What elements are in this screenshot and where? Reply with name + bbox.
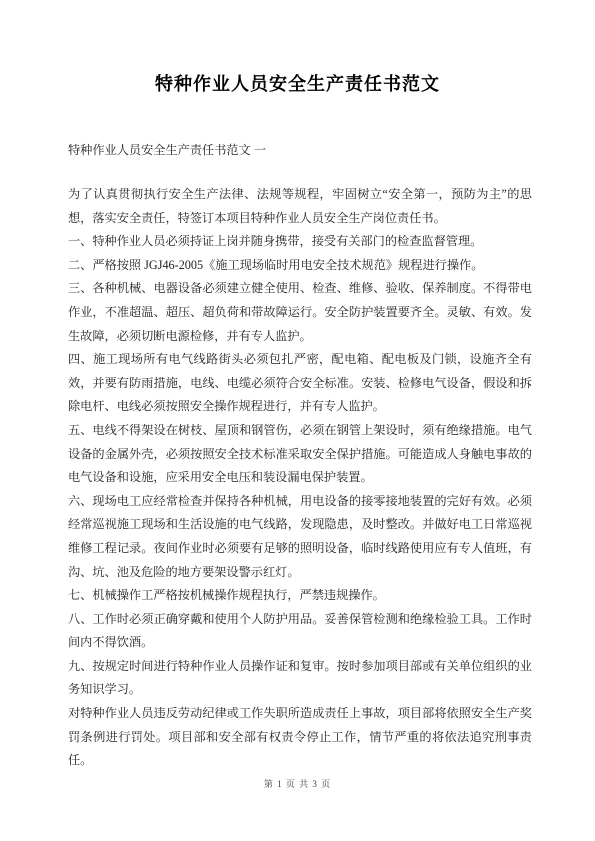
paragraph-item-4: 四、施工现场所有电气线路街头必须包扎严密，配电箱、配电板及门锁，设施齐全有效，并… (68, 348, 532, 419)
paragraph-closing: 对特种作业人员违反劳动纪律或工作失职所造成责任上事故，项目部将依照安全生产奖罚条… (68, 702, 532, 773)
paragraph-item-7: 七、机械操作工严格按机械操作规程执行，严禁违规操作。 (68, 584, 532, 608)
document-page: 特种作业人员安全生产责任书范文 特种作业人员安全生产责任书范文 一 为了认真贯彻… (0, 0, 595, 841)
document-title: 特种作业人员安全生产责任书范文 (0, 71, 595, 97)
document-body: 为了认真贯彻执行安全生产法律、法规等规程，牢固树立“安全第一，预防为主”的思想，… (68, 183, 532, 773)
paragraph-item-6: 六、现场电工应经常检查并保持各种机械，用电设备的接零接地装置的完好有效。必须经常… (68, 490, 532, 584)
paragraph-item-8: 八、工作时必须正确穿戴和使用个人防护用品。妥善保管检测和绝缘检验工具。工作时间内… (68, 608, 532, 655)
paragraph-item-5: 五、电线不得架设在树枝、屋顶和钢管伤，必须在钢管上架设时，须有绝缘措施。电气设备… (68, 419, 532, 490)
paragraph-item-9: 九、按规定时间进行特种作业人员操作证和复审。按时参加项目部或有关单位组织的业务知… (68, 655, 532, 702)
paragraph-item-1: 一、特种作业人员必须持证上岗并随身携带，接受有关部门的检查监督管理。 (68, 230, 532, 254)
document-subtitle: 特种作业人员安全生产责任书范文 一 (68, 140, 532, 160)
page-number-footer: 第 1 页 共 3 页 (0, 777, 595, 790)
paragraph-intro: 为了认真贯彻执行安全生产法律、法规等规程，牢固树立“安全第一，预防为主”的思想，… (68, 183, 532, 230)
paragraph-item-2: 二、严格按照 JGJ46-2005《施工现场临时用电安全技术规范》规程进行操作。 (68, 254, 532, 278)
paragraph-item-3: 三、各种机械、电器设备必须建立健全使用、检查、维修、验收、保养制度。不得带电作业… (68, 277, 532, 348)
